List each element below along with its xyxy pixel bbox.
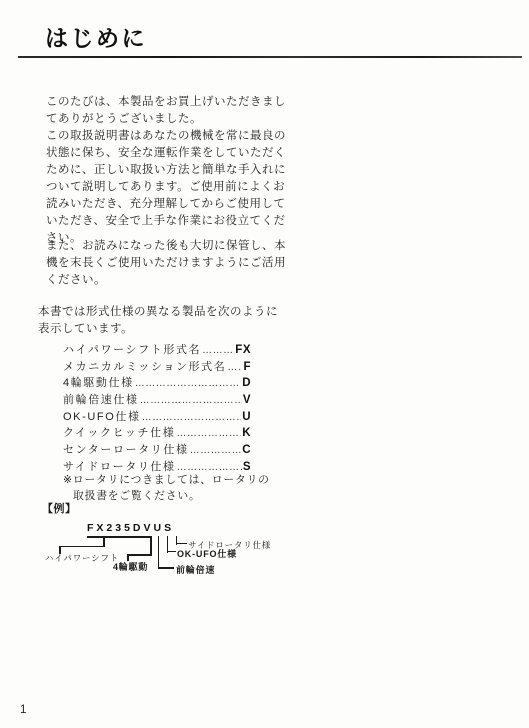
dot-leader: ……………………………………………………… (135, 378, 241, 389)
diagram-connector (127, 554, 152, 556)
intro-paragraph: このたびは、本製品をお買上げいただきまし てありがとうございました。 この取扱説… (46, 94, 286, 247)
spec-code: F (243, 361, 251, 373)
page-title: はじめに (45, 20, 147, 53)
spec-label: 前輪倍速仕様 (63, 391, 139, 407)
body-text-line: ついて説明してあります。ご使用前によくお (46, 179, 286, 196)
spec-code: D (242, 377, 251, 389)
dot-leader: ……………………………………………………… (140, 395, 242, 406)
keep-manual-paragraph: また、お読みになった後も大切に保管し、本 機を末長くご使用いただけますようにご活… (46, 238, 286, 289)
example-heading: 【例】 (42, 500, 77, 516)
diagram-label-4wd: 4輪駆動 (113, 560, 148, 573)
dot-leader: ……………………………………………………… (190, 445, 242, 456)
body-text-line: このたびは、本製品をお買上げいただきまし (46, 94, 286, 111)
list-item: OK-UFO仕様 ……………………………………………………… U (63, 408, 251, 425)
diagram-connector (150, 536, 152, 556)
dot-leader: ……………………………………………………… (202, 345, 234, 356)
spec-code: C (242, 444, 251, 456)
spec-code: U (242, 411, 251, 423)
body-text-line: 読みいただき、充分理解してからご使用して (46, 196, 286, 213)
body-text-line: ために、正しい取扱い方法と簡単な手入れに (46, 162, 286, 179)
diagram-connector (158, 567, 174, 569)
body-text-line: ください。 (46, 272, 286, 289)
spec-label: OK-UFO仕様 (63, 408, 141, 424)
list-item: ハイパワーシフト形式名 ……………………………………………………… FX (63, 341, 251, 358)
rotary-note-line: ※ロータリにつきましては、ロータリの (63, 472, 270, 487)
spec-code: V (243, 394, 251, 406)
spec-label: クイックヒッチ仕様 (63, 424, 175, 440)
body-text-line: 状態に保ち、安全な運転作業をしていただく (46, 145, 286, 162)
list-item: メカニカルミッション形式名 ……………………………………………………… F (63, 358, 251, 375)
diagram-label-hipower-shift: ハイパワーシフト (45, 552, 119, 564)
spec-code: S (243, 461, 251, 473)
manual-page: はじめに このたびは、本製品をお買上げいただきまし てありがとうございました。 … (0, 0, 529, 728)
dot-leader: ……………………………………………………… (227, 362, 242, 373)
body-text-line: 表示しています。 (38, 321, 278, 338)
list-item: クイックヒッチ仕様 ……………………………………………………… K (63, 424, 251, 441)
diagram-connector (59, 546, 105, 548)
body-text-line: いただき、安全で上手な作業にお役立てくだ (46, 213, 286, 230)
rotary-note-line: 取扱書をご覧ください。 (73, 488, 201, 503)
diagram-underline (87, 536, 151, 538)
dot-leader: ……………………………………………………… (176, 428, 241, 439)
spec-label: センターロータリ仕様 (63, 441, 189, 457)
body-text-line: この取扱説明書はあなたの機械を常に最良の (46, 128, 286, 145)
list-item: 4輪駆動仕様 ……………………………………………………… D (63, 374, 251, 391)
body-text-line: 機を末長くご使用いただけますようにご活用 (46, 255, 286, 272)
diagram-label-front-speed: 前輪倍速 (176, 563, 215, 576)
body-text-line: てありがとうございました。 (46, 111, 286, 128)
spec-suffix-list: ハイパワーシフト形式名 ……………………………………………………… FX メカニ… (63, 341, 251, 475)
spec-code: K (242, 427, 251, 439)
diagram-connector (176, 543, 187, 545)
model-code: FX235DVUS (87, 522, 174, 534)
body-text-line: 本書では形式仕様の異なる製品を次のように (38, 304, 278, 321)
spec-label: メカニカルミッション形式名 (63, 358, 226, 374)
list-item: センターロータリ仕様 ……………………………………………………… C (63, 441, 251, 458)
dot-leader: ……………………………………………………… (142, 412, 242, 423)
list-item: 前輪倍速仕様 ……………………………………………………… V (63, 391, 251, 408)
page-number: 1 (20, 704, 26, 716)
spec-label: ハイパワーシフト形式名 (63, 341, 201, 357)
header-divider (18, 56, 522, 58)
spec-label: 4輪駆動仕様 (63, 374, 134, 390)
diagram-label-side-rotary: サイドロータリ仕様 (188, 539, 271, 551)
diagram-connector (167, 551, 176, 553)
body-text-line: また、お読みになった後も大切に保管し、本 (46, 238, 286, 255)
spec-code: FX (235, 344, 251, 356)
format-note-paragraph: 本書では形式仕様の異なる製品を次のように 表示しています。 (38, 304, 278, 338)
diagram-connector (158, 536, 160, 569)
